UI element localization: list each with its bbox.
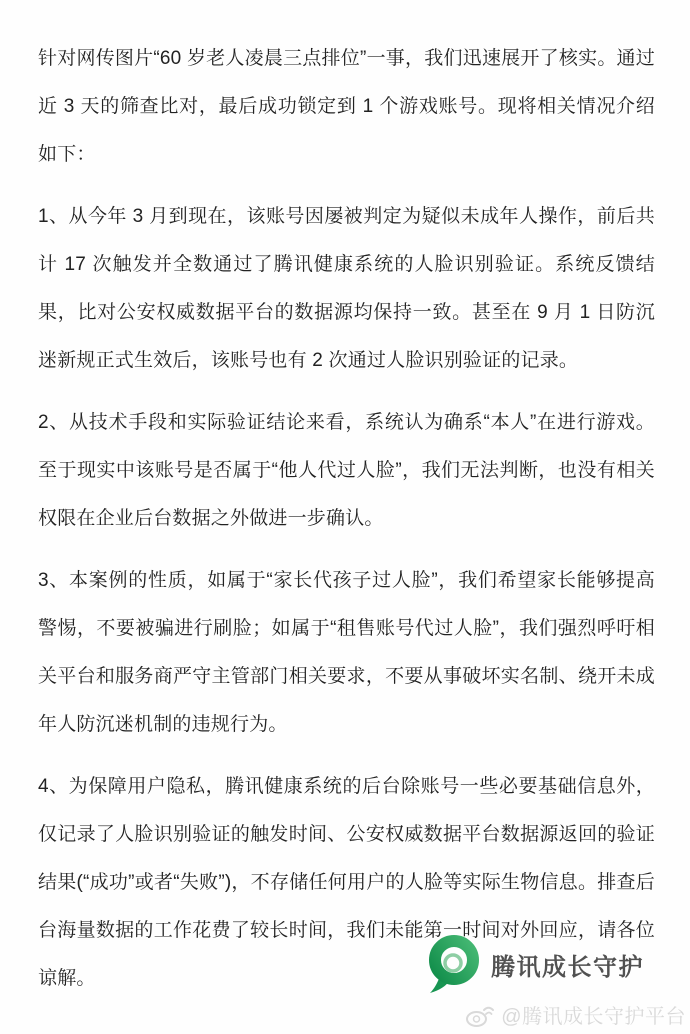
statement-paragraph-2: 2、从技术手段和实际验证结论来看，系统认为确系“本人”在进行游戏。至于现实中该账… xyxy=(38,399,655,543)
watermark-text: @腾讯成长守护平台 xyxy=(501,1000,686,1029)
statement-body: 针对网传图片“60 岁老人凌晨三点排位”一事，我们迅速展开了核实。通过近 3 天… xyxy=(38,0,655,1003)
statement-paragraph-3: 3、本案例的性质，如属于“家长代孩子过人脸”，我们希望家长能够提高警惕，不要被骗… xyxy=(38,557,655,749)
weibo-watermark: @腾讯成长守护平台 xyxy=(465,1000,686,1029)
brand-lockup: 腾讯成长守护 xyxy=(427,934,644,994)
statement-paragraph-intro: 针对网传图片“60 岁老人凌晨三点排位”一事，我们迅速展开了核实。通过近 3 天… xyxy=(38,35,655,179)
growth-guardian-ring-icon xyxy=(427,934,479,994)
weibo-icon xyxy=(465,1002,495,1028)
brand-name: 腾讯成长守护 xyxy=(491,947,644,982)
announcement-page: 针对网传图片“60 岁老人凌晨三点排位”一事，我们迅速展开了核实。通过近 3 天… xyxy=(0,0,690,1034)
statement-paragraph-1: 1、从今年 3 月到现在，该账号因屡被判定为疑似未成年人操作，前后共计 17 次… xyxy=(38,193,655,385)
